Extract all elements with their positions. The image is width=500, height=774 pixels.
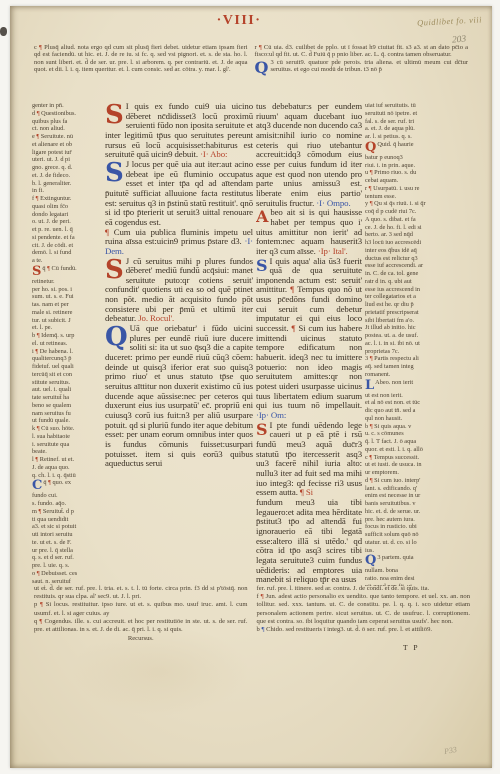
gloss-line: fal. s. de ser. ruf. tri bbox=[365, 118, 453, 126]
gloss-text: Quid. q̄ haurie bbox=[377, 141, 413, 148]
gloss-line: k ¶ Cū suo. hōte. bbox=[32, 425, 102, 433]
gloss-line: ius. bbox=[365, 547, 453, 555]
text-paragraph: QUā que oriebatur' i fūdo uicini plures … bbox=[105, 324, 253, 469]
gloss-line: l. sua habitaoie bbox=[32, 433, 102, 441]
gloss-line: genter in pn̄. bbox=[32, 102, 102, 110]
gloss-line: ratr d̄ in. q. ubi aut bbox=[365, 278, 453, 286]
decorated-initial: S bbox=[105, 258, 124, 283]
gloss-text: quasi olim fc̄o bbox=[32, 203, 68, 210]
gloss-line: tate seruitut̄ ha bbox=[32, 394, 102, 402]
gloss-line: Q3 partem. quia bbox=[365, 554, 453, 567]
gloss-text: ligare potest iur̄ bbox=[32, 149, 72, 156]
gloss-text: b. l. generaliter. bbox=[32, 180, 71, 187]
rubric-segment: ¶ bbox=[288, 323, 298, 333]
text-segment: I quis ex fundo cui9 uia uicino dēberet … bbox=[105, 102, 253, 159]
rubric-segment: ¶ bbox=[105, 227, 114, 237]
gloss-text: in. C. de ca. tol. gene bbox=[365, 270, 418, 277]
catchword: Recursus. bbox=[34, 635, 248, 643]
gloss-line: tentum esse. bbox=[365, 193, 453, 201]
gloss-text: et. J. de fideco. bbox=[32, 172, 70, 179]
gloss-line: a te. bbox=[32, 257, 102, 265]
gloss-text: Extinguntur. bbox=[39, 195, 72, 202]
gloss-line: per ho. si. pos. i bbox=[32, 286, 102, 294]
gloss-text: te. ut et. s. de F. bbox=[32, 539, 72, 546]
gloss-line: b ¶ Idemq̄. s. urp bbox=[32, 332, 102, 340]
gloss-line: y ¶ Qu si q̄s riuū. i. si q̄r bbox=[365, 200, 453, 208]
decorated-initial: L bbox=[365, 379, 374, 392]
gloss-line: ur emptorem. bbox=[365, 469, 453, 477]
gloss-line: m ¶ Seruitut̄. d̄ p bbox=[32, 508, 102, 516]
gloss-text: ti qua uendidit bbox=[32, 516, 68, 523]
gloss-text: De habena. l. bbox=[38, 348, 73, 355]
gloss-line: LAbeo. non ierit bbox=[365, 379, 453, 392]
gloss-line: beno se qualem bbox=[32, 402, 102, 410]
gloss-line: cebat aquam. bbox=[365, 177, 453, 185]
gloss-line: riui. i. in prin. aque. bbox=[365, 162, 453, 170]
gloss-line: enim est necesse in ur bbox=[365, 492, 453, 500]
gloss-text: hic. et. d̄. de serue. ur. bbox=[365, 508, 420, 515]
top-gloss-right-block: r ¶ Cū uia. d3. cuilibet de pplo. ut ī f… bbox=[255, 44, 469, 75]
gloss-line: lant. s. edificando. q' bbox=[365, 485, 453, 493]
text-segment: tus debebatur:s per eundem riuum' aquam … bbox=[256, 102, 362, 208]
gloss-text: u. c. s cōmunes bbox=[365, 430, 404, 437]
gloss-line: u ¶ Primo riuo. s. du bbox=[365, 169, 453, 177]
gloss-text: Partis respectu ali bbox=[373, 355, 419, 362]
gloss-line: o ¶ Debuisset. ces bbox=[32, 570, 102, 578]
decorated-initial: Q bbox=[365, 141, 376, 154]
top-gloss-left-block: c ¶ Plusq̄ aliud. nota ergo qd cum sit p… bbox=[34, 44, 248, 75]
rubric-segment: ·Ip· Ital'. bbox=[316, 246, 348, 256]
gloss-text: tas. nam et per bbox=[32, 301, 69, 308]
gloss-line: q̄. l. T fact. J. ō aqua bbox=[365, 438, 453, 446]
gloss-line: stitute seruitus. bbox=[32, 379, 102, 387]
gloss-text: q. ch. l. i. q. q̄stiū bbox=[32, 472, 76, 479]
gloss-text: tate seruitut̄ ha bbox=[32, 394, 69, 401]
gloss-text: postea. ut. a. de usuf. bbox=[365, 332, 418, 339]
gloss-line: QQuid. q̄ haurie bbox=[365, 141, 453, 154]
rubric-segment: ·I· Ompo. bbox=[314, 198, 350, 208]
gloss-text: ur pre. l. q̄ stella bbox=[32, 547, 73, 554]
gloss-line: dondo legatari bbox=[32, 211, 102, 219]
gloss-line: focus in rusticio. ubi bbox=[365, 523, 453, 531]
gloss-line: esse ius accrescend in bbox=[365, 286, 453, 294]
scan-background: ·VIII· Quidlibet fo. viii 203 c ¶ Plusq̄… bbox=[0, 0, 500, 774]
gloss-text: utatur. ut. d̄. co. si lo bbox=[365, 539, 417, 546]
gloss-text: pre. hec autem iura. bbox=[365, 516, 415, 523]
gloss-line: uteri. ut. J. d̄ pi bbox=[32, 156, 102, 164]
text-segment: I pte fundi uēdendo lege caueri ut p eā … bbox=[256, 420, 362, 498]
gloss-line: Jt illud ab initio. hic bbox=[365, 324, 453, 332]
gloss-line: ut fundū quale. bbox=[32, 417, 102, 425]
text-segment: Si locus. restituitur. ipso iure. ut et.… bbox=[34, 601, 248, 616]
gloss-text: Debuisset. ces bbox=[40, 570, 78, 577]
gloss-line: qul non hausit. bbox=[365, 415, 453, 423]
gloss-text: ductus est relictur q3 bbox=[365, 255, 418, 262]
gloss-text: male si. retinere bbox=[32, 309, 72, 316]
gloss-text: proprietas 7c. bbox=[365, 348, 399, 355]
text-segment: J cū seruitus mihi p plures fundos dēber… bbox=[105, 256, 253, 324]
gloss-line: et alienare et ob bbox=[32, 141, 102, 149]
gloss-text: Seruitute. nū bbox=[39, 133, 73, 140]
gloss-text: a. et. J. de aqua plū. bbox=[365, 125, 415, 132]
text-segment: ut et. d̄. de ser. ruf. pre. l. tria. et… bbox=[34, 585, 248, 600]
gloss-line: ter collegatarios et a bbox=[365, 293, 453, 301]
text-paragraph: c ¶ Plusq̄ aliud. nota ergo qd cum sit p… bbox=[34, 44, 248, 74]
gloss-text: genter in pn̄. bbox=[32, 102, 64, 109]
gloss-text: cebat aquam. bbox=[365, 177, 398, 184]
gloss-text: uteri. ut. J. d̄ pi bbox=[32, 156, 70, 163]
text-segment: Chido. sed restitueris ī integ3. ut. d̄.… bbox=[266, 626, 432, 633]
text-segment: Cū uia. d3. cuilibet de pplo. ut ī fossa… bbox=[255, 44, 469, 58]
gloss-text: uiat iuf seruitutis. tū bbox=[365, 102, 416, 109]
gloss-text: seruituti nō ipetre. et bbox=[365, 110, 417, 117]
gloss-line: ligare potest iur̄ bbox=[32, 149, 102, 157]
gloss-text: q. s. et d̄ ser. ruf. bbox=[32, 554, 74, 561]
gloss-text: Si cum iuo. interp' bbox=[373, 477, 421, 484]
text-segment: Si cum ius habere imittendi uicinus stat… bbox=[256, 323, 362, 410]
gloss-text: Si quis aqua. v bbox=[373, 423, 412, 430]
gloss-line: uti intori seruitu bbox=[32, 531, 102, 539]
gloss-line: a. et. J. de aqua plū. bbox=[365, 125, 453, 133]
gloss-text: ratio. noa enim desi bbox=[365, 575, 415, 582]
gloss-text: si pendente. et fa bbox=[32, 234, 75, 241]
manuscript-page: ·VIII· Quidlibet fo. viii 203 c ¶ Plusq̄… bbox=[10, 6, 492, 768]
gloss-line: seruituti nō ipetre. et bbox=[365, 110, 453, 118]
gloss-line: quibus plus fa bbox=[32, 118, 102, 126]
gloss-line: postea. ut. a. de usuf. bbox=[365, 332, 453, 340]
gloss-text: sufficit solum quō nō bbox=[365, 531, 419, 538]
text-paragraph: tus debebatur:s per eundem riuum' aquam … bbox=[256, 102, 362, 208]
main-text-column-right: tus debebatur:s per eundem riuum' aquam … bbox=[256, 102, 362, 586]
gloss-text: ac. l. i. in si. ibi nō. ut bbox=[365, 340, 420, 347]
gloss-line: utatur. ut. d̄. co. si lo bbox=[365, 539, 453, 547]
gloss-line: tas. nam et per bbox=[32, 301, 102, 309]
gloss-text: beate. bbox=[32, 448, 47, 455]
gloss-text: berto. ar. 3 sed nq̄d bbox=[365, 231, 413, 238]
gloss-text: s. fundo. aq̄o. bbox=[32, 500, 66, 507]
gloss-line: Cq̄ ¶ quo. ex bbox=[32, 479, 102, 492]
gloss-line: ur pre. l. q̄ stella bbox=[32, 547, 102, 555]
gloss-line: nam seruitus fu bbox=[32, 410, 102, 418]
gloss-line: uiat iuf seruitutis. tū bbox=[365, 102, 453, 110]
gloss-text: tur. ut subicit. J bbox=[32, 317, 71, 324]
quire-signature: T P bbox=[403, 643, 420, 652]
gloss-line: te. ut et. s. de F. bbox=[32, 539, 102, 547]
gloss-line: et p. re. uen. l. q̄ bbox=[32, 226, 102, 234]
gloss-text: esse iuf accrescendi. ar bbox=[365, 262, 423, 269]
gloss-line: h3 locū iuo accrescēdi bbox=[365, 239, 453, 247]
decorated-initial: C bbox=[32, 479, 42, 492]
text-paragraph: ¶ Cum uia publica fluminis impetu uel ru… bbox=[105, 228, 253, 257]
gloss-text: ar. l. si petius. q. s. bbox=[365, 133, 412, 140]
text-paragraph: r ¶ Cū uia. d3. cuilibet de pplo. ut ī f… bbox=[255, 44, 469, 59]
gloss-text: qul non hausit. bbox=[365, 415, 402, 422]
decorated-initial: Q bbox=[255, 60, 269, 75]
gloss-text: focus in rusticio. ubi bbox=[365, 523, 417, 530]
gloss-line: 3 ¶ Partis respectu ali bbox=[365, 355, 453, 363]
gloss-line: ut et iusti. de usuca. in bbox=[365, 461, 453, 469]
text-segment: Cum uia publica fluminis impetu uel ruin… bbox=[105, 227, 253, 247]
gloss-text: tentum esse. bbox=[365, 193, 396, 200]
gloss-line: q. ch. l. i. q. q̄stiū bbox=[32, 472, 102, 480]
gloss-line: tercūq̄ sit et con bbox=[32, 371, 102, 379]
gloss-line: banis seruitutibus. v bbox=[365, 500, 453, 508]
gloss-line: sibi libertati fm a'o. bbox=[365, 317, 453, 325]
gloss-line: liud est he. qr diu p̄ bbox=[365, 301, 453, 309]
gloss-line: quasi olim fc̄o bbox=[32, 203, 102, 211]
gloss-line: hic. et. d̄. de serue. ur. bbox=[365, 508, 453, 516]
gloss-text: romanent. bbox=[365, 371, 390, 378]
gloss-text: nullam. bona bbox=[365, 567, 398, 574]
gloss-line: qualitercunq3 p̄ bbox=[32, 355, 102, 363]
gloss-line: gno. grece. q. d. bbox=[32, 164, 102, 172]
gloss-line: romanent. bbox=[365, 371, 453, 379]
gloss-text: ut fundū quale. bbox=[32, 417, 70, 424]
gloss-line: beate. bbox=[32, 448, 102, 456]
gloss-text: el. ut retineas. bbox=[32, 340, 67, 347]
text-paragraph: b ¶ Chido. sed restitueris ī integ3. ut.… bbox=[257, 626, 471, 634]
gloss-text: sibi libertati fm a'o. bbox=[365, 317, 414, 324]
gloss-text: a te. bbox=[32, 257, 43, 264]
gloss-text: esse ius accrescend in bbox=[365, 286, 420, 293]
gloss-text: quor. et esti. l. i. q. allō bbox=[365, 446, 423, 453]
gloss-line: pre. l. uie. q. s. bbox=[32, 562, 102, 570]
gloss-text: Cū fundū. bbox=[50, 265, 77, 272]
text-paragraph: p ¶ Si locus. restituitur. ipso iure. ut… bbox=[34, 601, 248, 617]
gloss-line: u. c. s cōmunes bbox=[365, 430, 453, 438]
gloss-text: ce. J. de ho. fi. l. edi si bbox=[365, 224, 422, 231]
gloss-text: tercūq̄ sit et con bbox=[32, 371, 72, 378]
gloss-text: ter collegatarios et a bbox=[365, 293, 416, 300]
gloss-text: h3 locū iuo accrescēdi bbox=[365, 239, 421, 246]
gloss-text: sum. ut. s. e. Fui bbox=[32, 293, 74, 300]
gloss-line: J. de aqua quo. bbox=[32, 464, 102, 472]
gloss-text: enim est necesse in ur bbox=[365, 492, 420, 499]
gloss-text: ut est non ierit. bbox=[365, 392, 403, 399]
gloss-line: esse iuf accrescendi. ar bbox=[365, 262, 453, 270]
gloss-line: ductus est relictur q3 bbox=[365, 255, 453, 263]
gloss-text: fundo cui. bbox=[32, 492, 58, 499]
bottom-gloss-section: ut et. d̄. de ser. ruf. pre. l. tria. et… bbox=[34, 585, 470, 643]
decorated-initial: S bbox=[105, 161, 124, 186]
gloss-text: l. sua habitaoie bbox=[32, 433, 70, 440]
gloss-text: ratr d̄ in. q. ubi aut bbox=[365, 278, 412, 285]
gloss-line: sum. ut. s. e. Fui bbox=[32, 293, 102, 301]
gloss-text: et p. re. uen. l. q̄ bbox=[32, 226, 73, 233]
text-paragraph: fundum meu3 uia tibi legauero:et adita m… bbox=[256, 498, 362, 585]
decorated-initial: S bbox=[105, 103, 124, 128]
gloss-text: ius. bbox=[365, 547, 374, 554]
gloss-text: 3 partem. quia bbox=[377, 554, 413, 561]
gloss-line: r ¶ Usurpatū. i. usu re bbox=[365, 185, 453, 193]
gloss-text: prietatif prescripserat bbox=[365, 309, 419, 316]
gloss-text: ct. non aliud. bbox=[32, 125, 65, 132]
gloss-text: riui. i. in prin. aque. bbox=[365, 162, 415, 169]
gloss-line: ut est non ierit. bbox=[365, 392, 453, 400]
gloss-text: gno. grece. q. d. bbox=[32, 164, 72, 171]
gloss-text: liud est he. qr diu p̄ bbox=[365, 301, 414, 308]
top-gloss-section: c ¶ Plusq̄ aliud. nota ergo qd cum sit p… bbox=[34, 44, 468, 75]
gloss-line: pre. hec autem iura. bbox=[365, 516, 453, 524]
main-text-column-left: SI quis ex fundo cui9 uia uicino dēberet… bbox=[105, 102, 253, 586]
gloss-text: banis seruitutibus. v bbox=[365, 500, 416, 507]
gloss-line: a3. et sic si potuit bbox=[32, 523, 102, 531]
gloss-text: et. l. pe. bbox=[32, 324, 52, 331]
gloss-line: f ¶ Extinguntur. bbox=[32, 195, 102, 203]
gloss-text: A quo. s. dibat. et fa bbox=[365, 216, 416, 223]
gloss-text: aut. uel. i. quali bbox=[32, 386, 71, 393]
decorated-initial: S bbox=[32, 265, 41, 278]
gloss-line: si pendente. et fa bbox=[32, 234, 102, 242]
gloss-line: in fi. bbox=[32, 187, 102, 195]
decorated-initial: Q bbox=[105, 325, 128, 350]
gloss-text: demō. l. si fund bbox=[32, 249, 71, 256]
gloss-line: ce. J. de ho. fi. l. edi si bbox=[365, 224, 453, 232]
gloss-line: et al nō est non. et tūc bbox=[365, 399, 453, 407]
gloss-line: d ¶ Questionibus. bbox=[32, 110, 102, 118]
text-segment: 3 cū seruit9. quatuor pde perois. tria a… bbox=[270, 59, 468, 73]
ink-speck bbox=[0, 27, 7, 36]
gloss-text: ut et iusti. de usuca. in bbox=[365, 461, 422, 468]
gloss-text: ur emptorem. bbox=[365, 469, 399, 476]
gloss-line: coq̄ d̄ p cudē riui 7c. bbox=[365, 208, 453, 216]
rubric-segment: Jo. Rocul'. bbox=[136, 313, 174, 323]
gloss-line: proprietas 7c. bbox=[365, 348, 453, 356]
text-paragraph: SJ cū seruitus mihi p plures fundos dēbe… bbox=[105, 257, 253, 325]
right-margin-gloss-column: uiat iuf seruitutis. tūseruituti nō ipet… bbox=[365, 102, 453, 586]
gloss-text: inter eos q̄bus idē aq̄ bbox=[365, 247, 417, 254]
gloss-line: o. ut. J. de peri. bbox=[32, 218, 102, 226]
gloss-line: nullam. bona bbox=[365, 567, 453, 575]
gloss-line: q. s. et d̄ ser. ruf. bbox=[32, 554, 102, 562]
gloss-text: cit. J. de cōdi. et bbox=[32, 242, 73, 249]
gloss-line: ti qua uendidit bbox=[32, 516, 102, 524]
gloss-text: qualitercunq3 p̄ bbox=[32, 355, 71, 362]
bottom-gloss-left-block: ut et. d̄. de ser. ruf. pre. l. tria. et… bbox=[34, 585, 248, 643]
gloss-text: coq̄ d̄ p cudē riui 7c. bbox=[365, 208, 416, 215]
text-paragraph: SJ locus per quē uia aut iter:aut acino … bbox=[105, 160, 253, 228]
gloss-text: o. ut. J. de peri. bbox=[32, 218, 71, 225]
gloss-line: el. ut retineas. bbox=[32, 340, 102, 348]
gloss-line: tur. ut subicit. J bbox=[32, 317, 102, 325]
gloss-line: ar. l. si petius. q. s. bbox=[365, 133, 453, 141]
gloss-line: cit. J. de cōdi. et bbox=[32, 242, 102, 250]
gloss-text: Abeo. non ierit bbox=[375, 379, 413, 386]
gloss-text: Jt illud ab initio. hic bbox=[365, 324, 416, 331]
gloss-text: fideiuf. uel quali bbox=[32, 363, 74, 370]
gloss-text: Idemq̄. s. urp bbox=[40, 332, 75, 339]
gloss-line: male si. retinere bbox=[32, 309, 102, 317]
decorated-initial: Q bbox=[365, 554, 376, 567]
gloss-text: et alienare et ob bbox=[32, 141, 72, 148]
text-paragraph: q ¶ Cogendus. ille. s. cui accreuit. et … bbox=[34, 618, 248, 634]
gloss-text: Tempus successit. bbox=[372, 454, 419, 461]
gloss-text: aq̄. sed tamen integ bbox=[365, 363, 414, 370]
gloss-text: stitute seruitus. bbox=[32, 379, 70, 386]
gloss-line: sufficit solum quō nō bbox=[365, 531, 453, 539]
gloss-text: lant. s. edificando. q' bbox=[365, 485, 417, 492]
gloss-text: nam seruitus fu bbox=[32, 410, 71, 417]
gloss-text: saut. n. seruituf bbox=[32, 578, 71, 585]
gloss-text: pre. l. uie. q. s. bbox=[32, 562, 69, 569]
gloss-line: s. fundo. aq̄o. bbox=[32, 500, 102, 508]
gloss-line: fideiuf. uel quali bbox=[32, 363, 102, 371]
gloss-text: Usurpatū. i. usu re bbox=[372, 185, 420, 192]
gloss-text: Qu si q̄s riuū. i. si q̄r bbox=[373, 200, 426, 207]
gloss-line: et. l. pe. bbox=[32, 324, 102, 332]
gloss-line: prietatif prescripserat bbox=[365, 309, 453, 317]
gloss-text: quo. ex bbox=[51, 479, 71, 486]
text-segment: fundum meu3 uia tibi legauero:et adita m… bbox=[256, 497, 362, 584]
gloss-text: uti intori seruitu bbox=[32, 531, 73, 538]
text-paragraph: SI quis aqua' alia ūs3 fuerit quā de qua… bbox=[256, 257, 362, 421]
rubric-segment: ¶ bbox=[287, 284, 297, 294]
gloss-line: dic quo aut tn̄. sed a bbox=[365, 407, 453, 415]
text-segment: J locus per quē uia aut iter:aut acino d… bbox=[105, 159, 253, 227]
gloss-text: J. de aqua quo. bbox=[32, 464, 70, 471]
decorated-initial: S bbox=[256, 422, 267, 437]
gloss-line: i ¶ De habena. l. bbox=[32, 348, 102, 356]
gloss-line: in. C. de ca. tol. gene bbox=[365, 270, 453, 278]
decorated-initial: S bbox=[256, 258, 267, 273]
text-paragraph: Q3 cū seruit9. quatuor pde perois. tria … bbox=[255, 59, 469, 74]
gloss-text: retinetur. bbox=[32, 278, 55, 285]
gloss-line: A quo. s. dibat. et fa bbox=[365, 216, 453, 224]
gloss-text: quibus plus fa bbox=[32, 118, 67, 125]
rubric-segment: ¶ Si bbox=[298, 487, 313, 497]
gloss-line: l ¶ Retinef. ut et. bbox=[32, 456, 102, 464]
decorated-initial: A bbox=[256, 209, 268, 224]
gloss-line: c ¶ Tempus successit. bbox=[365, 454, 453, 462]
gloss-text: Cū suo. hōte. bbox=[40, 425, 75, 432]
gloss-line: et. J. de fideco. bbox=[32, 172, 102, 180]
gloss-line: demō. l. si fund bbox=[32, 249, 102, 257]
text-segment: Cogendus. ille. s. cui accreuit. et hoc … bbox=[34, 618, 248, 633]
gloss-text: dic quo aut tn̄. sed a bbox=[365, 407, 415, 414]
rubric-segment: ·I· Abo: bbox=[198, 149, 227, 159]
gloss-line: ac. l. i. in si. ibi nō. ut bbox=[365, 340, 453, 348]
gloss-text: Retinef. ut et. bbox=[38, 456, 74, 463]
gloss-text: a3. et sic si potuit bbox=[32, 523, 76, 530]
gloss-line: i. seruitute qua bbox=[32, 441, 102, 449]
gloss-text: i. seruitute qua bbox=[32, 441, 69, 448]
gloss-text: fal. s. de ser. ruf. tri bbox=[365, 118, 414, 125]
gloss-line: retinetur. bbox=[32, 278, 102, 286]
text-paragraph: f ¶ Jun. adest actio personalio ex uendi… bbox=[257, 593, 471, 626]
gloss-text: in fi. bbox=[32, 187, 44, 194]
gloss-line: ct. non aliud. bbox=[32, 125, 102, 133]
gloss-text: beno se qualem bbox=[32, 402, 71, 409]
gloss-text: per ho. si. pos. i bbox=[32, 286, 72, 293]
rubric-segment: ·Ip· Om: bbox=[256, 410, 286, 420]
left-margin-gloss-column: genter in pn̄.d ¶ Questionibus.quibus pl… bbox=[32, 102, 102, 586]
gloss-line: Sq̄ ¶ Cū fundū. bbox=[32, 265, 102, 278]
gloss-line: ratio. noa enim desi bbox=[365, 575, 453, 583]
gloss-text: Questionibus. bbox=[40, 110, 76, 117]
pencil-mark: P33 bbox=[443, 745, 457, 756]
gloss-line: fundo cui. bbox=[32, 492, 102, 500]
gloss-text: batur p eunoq3 bbox=[365, 154, 403, 161]
gloss-text: Seruitut̄. d̄ p bbox=[41, 508, 74, 515]
gloss-text: q̄. l. T fact. J. ō aqua bbox=[365, 438, 416, 445]
gloss-text: et al nō est non. et tūc bbox=[365, 399, 420, 406]
text-segment: fer. ruf. pre. l. itinere. sed ar. contr… bbox=[257, 585, 430, 592]
gloss-line: batur p eunoq3 bbox=[365, 154, 453, 162]
gloss-line: e ¶ Seruitute. nū bbox=[32, 133, 102, 141]
text-paragraph: SI pte fundi uēdendo lege caueri ut p eā… bbox=[256, 421, 362, 498]
text-paragraph: SI quis ex fundo cui9 uia uicino dēberet… bbox=[105, 102, 253, 160]
gloss-text: dondo legatari bbox=[32, 211, 68, 218]
